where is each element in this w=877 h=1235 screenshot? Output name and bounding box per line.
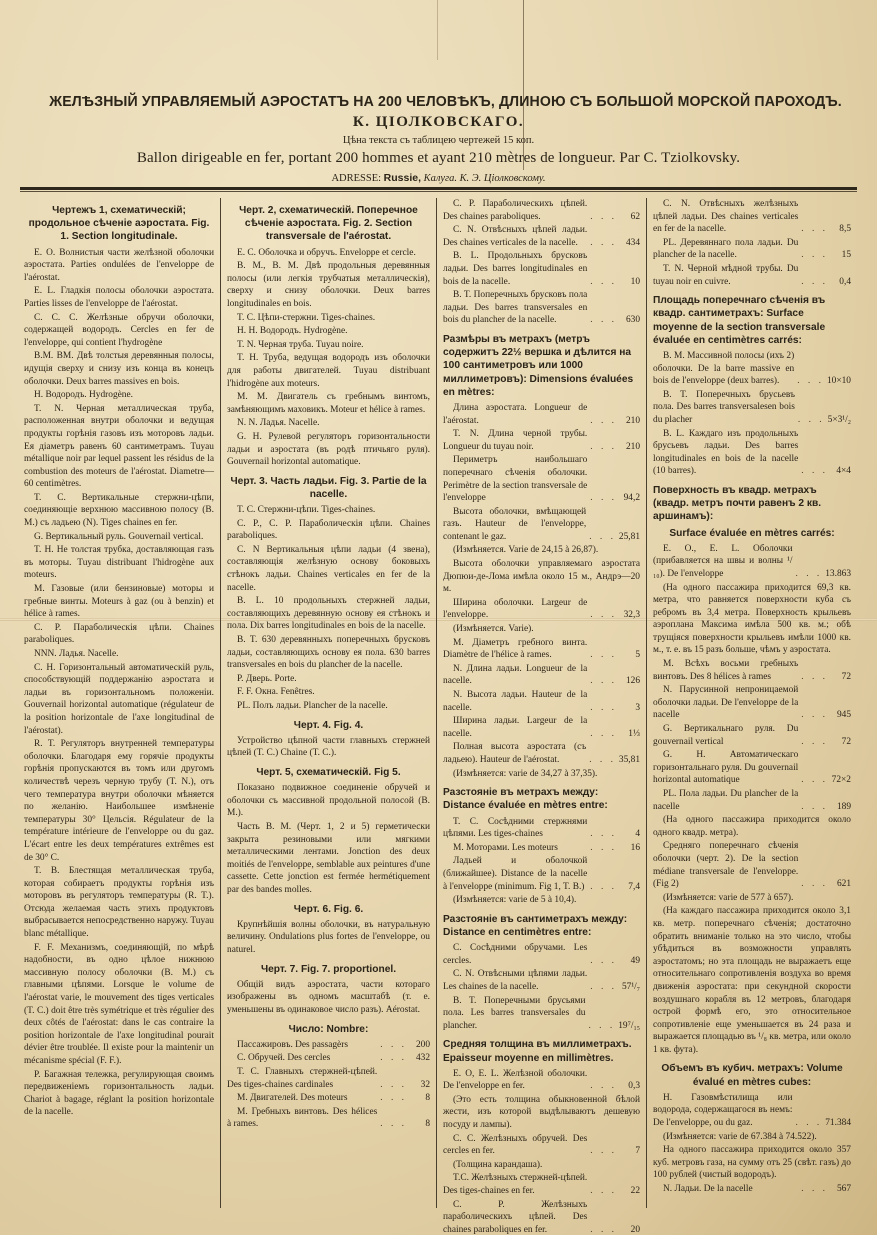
table-note: На одного пассажира приходится около 357… — [653, 1144, 851, 1182]
row-label: M. Діаметръ гребного винта. Diamètre de … — [443, 637, 587, 662]
legend-entry: F. F. Окна. Fenêtres. — [227, 686, 430, 699]
row-value: 945 — [831, 709, 851, 722]
french-title: Ballon dirigeable en fer, portant 200 ho… — [20, 150, 857, 167]
section-heading: Площадь поперечнаго сѣченія въ квадр. са… — [653, 294, 851, 347]
leader-dots: . . . — [586, 531, 619, 544]
legend-entry: Показано подвижное соединеніе обручей и … — [227, 782, 430, 820]
leader-dots: . . . — [587, 675, 620, 688]
leader-dots: . . . — [798, 223, 831, 236]
table-row: Длина аэростата. Longueur de l'aérostat.… — [443, 402, 640, 427]
row-label: C. Обручей. Des cercles — [227, 1052, 377, 1065]
table-row: M. Діаметръ гребного винта. Diamètre de … — [443, 637, 640, 662]
table-note: (Измѣняется: varie de 67.384 à 74.522). — [653, 1131, 851, 1144]
legend-entry: C. P., C. P. Параболическія цѣпи. Chaine… — [227, 518, 430, 543]
row-value: 8,5 — [831, 223, 851, 236]
table-row: T. C. Главныхъ стержней-цѣпей. Des tiges… — [227, 1066, 430, 1091]
table-row: H. Газовмѣстилища или водорода, содержащ… — [653, 1092, 851, 1130]
table-row: M. Моторами. Les moteurs. . .16 — [443, 842, 640, 855]
leader-dots: . . . — [587, 441, 620, 454]
legend-entry: P. Багажная тележка, регулирующая своимъ… — [24, 1069, 214, 1119]
row-value: 200 — [410, 1039, 430, 1052]
table-row: T. N. Длина черной трубы. Longueur du tu… — [443, 428, 640, 453]
address-country: Russie, — [384, 172, 421, 184]
leader-dots: . . . — [587, 1145, 620, 1158]
row-value: 8 — [410, 1092, 430, 1105]
legend-entry: E. L. Гладкія полосы оболочки аэростата.… — [24, 285, 214, 310]
row-value: 5 — [620, 649, 640, 662]
leader-dots: . . . — [587, 276, 620, 289]
legend-entry: B. M., B. M. Двѣ продольныя деревянныя п… — [227, 260, 430, 310]
column-2: Черт. 2, схематическій. Поперечное сѣчен… — [220, 198, 436, 1208]
table-note: (Измѣняется. Varie de 24,15 à 26,87). — [443, 544, 640, 557]
row-value: 71.384 — [825, 1117, 851, 1130]
legend-entry: C. P. Параболическія цѣпи. Chaines parab… — [24, 622, 214, 647]
leader-dots: . . . — [798, 774, 831, 787]
legend-entry: E. O. Волнистыя части желѣзной оболочки … — [24, 247, 214, 285]
section-heading: Поверхность въ квадр. метрахъ (квадр. ме… — [653, 484, 851, 524]
row-label: M. Всѣхъ восьми гребныхъ винтовъ. Des 8 … — [653, 658, 798, 683]
legend-entry: M. Газовые (или бензиновые) моторы и гре… — [24, 583, 214, 621]
table-note: (Измѣняется: varie de 34,27 à 37,35). — [443, 768, 640, 781]
leader-dots: . . . — [377, 1052, 410, 1065]
table-row: C. N. Отвѣсныхъ цѣпей ладьи. Des chaines… — [443, 224, 640, 249]
legend-entry: G. Вертикальный руль. Gouvernail vertica… — [24, 531, 214, 544]
section-heading: Средняя толщина въ миллиметрахъ. Epaisse… — [443, 1038, 640, 1064]
table-note: (Измѣняется: varie de 577 à 657). — [653, 892, 851, 905]
section-heading: Разстояніе въ сантиметрахъ между: Distan… — [443, 913, 640, 939]
row-value: 432 — [410, 1052, 430, 1065]
legend-entry: PL. Полъ ладьи. Plancher de la nacelle. — [227, 700, 430, 713]
row-label: T. N. Длина черной трубы. Longueur du tu… — [443, 428, 587, 453]
row-label: Пассажировъ. Des passagèrs — [227, 1039, 377, 1052]
row-label: B. T. Поперечныхъ брусьевъ пола. Des bar… — [653, 389, 795, 427]
table-row: Ширина ладьи. Largeur de la nacelle.. . … — [443, 715, 640, 740]
legend-entry: T. H. Не толстая трубка, доставляющая га… — [24, 544, 214, 582]
fig3-legend: T. C. Стержни-цѣпи. Tiges-chaines.C. P.,… — [227, 504, 430, 713]
row-label: T. C. Главныхъ стержней-цѣпей. Des tiges… — [227, 1066, 377, 1091]
row-label: M. Гребныхъ винтовъ. Des hélices à rames… — [227, 1106, 377, 1131]
row-label: Ширина ладьи. Largeur de la nacelle. — [443, 715, 587, 740]
leader-dots: . . . — [798, 878, 831, 891]
leader-dots: . . . — [798, 1183, 831, 1196]
leader-dots: . . . — [587, 728, 620, 741]
leader-dots: . . . — [587, 702, 620, 715]
table-row: C. P. Параболическихъ цѣпей. Des chaines… — [443, 198, 640, 223]
row-value: 62 — [620, 211, 640, 224]
row-value: 72×2 — [831, 774, 851, 787]
row-label: B. M. Массивной полосы (ихъ 2) оболочки.… — [653, 350, 794, 388]
leader-dots: . . . — [587, 881, 620, 894]
table-row: T. N. Черной мѣдной трубы. Du tuyau noir… — [653, 263, 851, 288]
row-label: N. Высота ладьи. Hauteur de la nacelle. — [443, 689, 587, 714]
table-row: Полная высота аэростата (съ ладьею). Hau… — [443, 741, 640, 766]
legend-entry: Крупнѣйшія волны оболочки, въ натуральну… — [227, 919, 430, 957]
table-row: PL. Деревяннаго пола ладьи. Du plancher … — [653, 237, 851, 262]
leader-dots: . . . — [377, 1118, 410, 1131]
table-row: N. Парусинной непроницаемой оболочки лад… — [653, 684, 851, 722]
legend-entry: H. Водородъ. Hydrogène. — [24, 389, 214, 402]
leader-dots: . . . — [587, 314, 620, 327]
table-row: C. N. Отвѣсными цѣпями ладьи. Les chaine… — [443, 968, 640, 993]
thickness-table-continued: C. N. Отвѣсныхъ желѣзныхъ цѣпей ладьи. D… — [653, 198, 851, 288]
row-label: G. H. Автоматическаго горизонтальнаго ру… — [653, 749, 798, 787]
leader-dots: . . . — [585, 1020, 618, 1033]
count-table: Пассажировъ. Des passagèrs. . .200C. Обр… — [227, 1039, 430, 1131]
row-label: N. Длина ладьи. Longueur de la nacelle. — [443, 663, 587, 688]
leader-dots: . . . — [377, 1079, 410, 1092]
row-value: 49 — [620, 955, 640, 968]
leader-dots: . . . — [377, 1092, 410, 1105]
row-value: 22 — [620, 1185, 640, 1198]
row-label: C. N. Отвѣсныхъ цѣпей ладьи. Des chaines… — [443, 224, 587, 249]
legend-entry: E. C. Оболочка и обручъ. Enveloppe et ce… — [227, 247, 430, 260]
legend-entry: C. N Вертикальныя цѣпи ладьи (4 звена), … — [227, 544, 430, 594]
legend-entry: R. T. Регуляторъ внутренней температуры … — [24, 738, 214, 864]
row-label: B. L. Каждаго изъ продольныхъ брусьевъ л… — [653, 428, 798, 478]
table-note: (На одного пассажира приходится около од… — [653, 814, 851, 839]
table-note: (На одного пассажира приходится 69,3 кв.… — [653, 582, 851, 658]
leader-dots: . . . — [587, 237, 620, 250]
fig6-legend: Крупнѣйшія волны оболочки, въ натуральну… — [227, 919, 430, 957]
row-value: 7,4 — [620, 881, 640, 894]
leader-dots: . . . — [587, 609, 620, 622]
section-heading: Черт. 3. Часть ладьи. Fig. 3. Partie de … — [227, 475, 430, 501]
area-m-table: E. O., E. L. Оболочки (прибавляется на ш… — [653, 543, 851, 1057]
section-heading: Черт. 7. Fig. 7. proportionel. — [227, 963, 430, 976]
legend-entry: B. T. 630 деревянныхъ поперечныхъ бруско… — [227, 634, 430, 672]
row-label: T.C. Желѣзныхъ стержней-цѣпей. Des tiges… — [443, 1172, 587, 1197]
fig5-legend: Показано подвижное соединеніе обручей и … — [227, 782, 430, 896]
row-label: M. Моторами. Les moteurs — [443, 842, 587, 855]
row-label: B. T. Поперечными брусьями пола. Les bar… — [443, 995, 585, 1033]
leader-dots: . . . — [587, 1185, 620, 1198]
row-value: 1⅓ — [620, 728, 640, 741]
table-row: Высота оболочки, вмѣщающей газъ. Hauteur… — [443, 506, 640, 544]
section-heading: Число: Nombre: — [227, 1023, 430, 1036]
leader-dots: . . . — [587, 1080, 620, 1093]
legend-entry: T. N. Черная металлическая труба, распол… — [24, 403, 214, 491]
row-value: 57¹/₇ — [620, 981, 640, 994]
distance-m-table: T. C. Сосѣдними стержнями цѣпями. Les ti… — [443, 816, 640, 907]
row-value: 5×3¹/₂ — [828, 414, 851, 427]
row-value: 4×4 — [831, 465, 851, 478]
column-4: C. N. Отвѣсныхъ желѣзныхъ цѣпей ладьи. D… — [646, 198, 857, 1208]
row-label: E. O., E. L. Оболочки (прибавляется на ш… — [653, 543, 793, 581]
row-label: M. Двигателей. Des moteurs — [227, 1092, 377, 1105]
row-value: 16 — [620, 842, 640, 855]
table-note: (Это есть толщина обыкновенной бѣлой жес… — [443, 1094, 640, 1132]
leader-dots: . . . — [587, 415, 620, 428]
leader-dots: . . . — [795, 414, 828, 427]
table-row: M. Двигателей. Des moteurs. . .8 — [227, 1092, 430, 1105]
row-value: 210 — [620, 415, 640, 428]
row-value: 19⁷/₁₅ — [618, 1020, 640, 1033]
legend-entry: T. B. Блестящая металлическая труба, кот… — [24, 865, 214, 941]
legend-entry: M. M. Двигатель съ гребнымъ винтомъ, зам… — [227, 391, 430, 416]
legend-entry: NNN. Ладья. Nacelle. — [24, 648, 214, 661]
row-value: 20 — [620, 1224, 640, 1235]
table-row: Средняго поперечнаго сѣченія оболочки (ч… — [653, 840, 851, 890]
row-label: C. P. Желѣзныхъ параболическихъ цѣпей. D… — [443, 1199, 587, 1235]
legend-entry: B.M. BM. Двѣ толстыя деревянныя полосы, … — [24, 350, 214, 388]
table-note: (Измѣняется. Varie). — [443, 623, 640, 636]
section-subheading: Surface évaluée en mètres carrés: — [653, 527, 851, 540]
legend-entry: P. Дверь. Porte. — [227, 673, 430, 686]
table-row: G. H. Автоматическаго горизонтальнаго ру… — [653, 749, 851, 787]
section-heading: Чертежъ 1, схематическій; продольное сѣч… — [24, 204, 214, 244]
table-row: C. Обручей. Des cercles. . .432 — [227, 1052, 430, 1065]
legend-entry: B. L. 10 продольныхъ стержней ладьи, сос… — [227, 595, 430, 633]
count-table-continued: C. P. Параболическихъ цѣпей. Des chaines… — [443, 198, 640, 327]
legend-entry: T. N. Черная труба. Tuyau noire. — [227, 339, 430, 352]
row-label: C. N. Отвѣсными цѣпями ладьи. Les chaine… — [443, 968, 587, 993]
legend-entry: T. C. Цѣпи-стержни. Tiges-chaines. — [227, 312, 430, 325]
dimensions-table: Длина аэростата. Longueur de l'aérostat.… — [443, 402, 640, 780]
row-label: C. P. Параболическихъ цѣпей. Des chaines… — [443, 198, 587, 223]
section-heading: Черт. 5, схематическій. Fig 5. — [227, 766, 430, 779]
fig4-legend: Устройство цѣпной части главныхъ стержне… — [227, 735, 430, 760]
row-label: H. Газовмѣстилища или водорода, содержащ… — [653, 1092, 793, 1130]
leader-dots: . . . — [587, 828, 620, 841]
leader-dots: . . . — [587, 211, 620, 224]
row-value: 32,3 — [620, 609, 640, 622]
table-row: C. Сосѣдними обручами. Les cercles.. . .… — [443, 942, 640, 967]
table-row: B. L. Продольныхъ брусковъ ладьи. Des ba… — [443, 250, 640, 288]
leader-dots: . . . — [793, 568, 826, 581]
legend-entry: N. N. Ладья. Nacelle. — [227, 417, 430, 430]
row-value: 72 — [831, 671, 851, 684]
legend-entry: H. H. Водородъ. Hydrogène. — [227, 325, 430, 338]
row-label: Высота оболочки, вмѣщающей газъ. Hauteur… — [443, 506, 586, 544]
header-rule — [20, 187, 857, 190]
table-row: C. N. Отвѣсныхъ желѣзныхъ цѣпей ладьи. D… — [653, 198, 851, 236]
table-row: M. Всѣхъ восьми гребныхъ винтовъ. Des 8 … — [653, 658, 851, 683]
legend-entry: C. C. C. Желѣзные обручи оболочки, содер… — [24, 312, 214, 350]
row-value: 35,81 — [619, 754, 640, 767]
leader-dots: . . . — [798, 801, 831, 814]
row-label: B. L. Продольныхъ брусковъ ладьи. Des ba… — [443, 250, 587, 288]
row-value: 189 — [831, 801, 851, 814]
leader-dots: . . . — [798, 276, 831, 289]
table-row: N. Ладьи. De la nacelle. . .567 — [653, 1183, 851, 1196]
table-row: G. Вертикальнаго руля. Du gouvernail ver… — [653, 723, 851, 748]
table-row: T.C. Желѣзныхъ стержней-цѣпей. Des tiges… — [443, 1172, 640, 1197]
legend-entry: T. C. Вертикальные стержни-цѣпи, соединя… — [24, 492, 214, 530]
table-row: B. T. Поперечныхъ брусьевъ пола. Des bar… — [653, 389, 851, 427]
row-label: B. T. Поперечныхъ брусковъ пола ладьи. D… — [443, 289, 587, 327]
row-label: C. N. Отвѣсныхъ желѣзныхъ цѣпей ладьи. D… — [653, 198, 798, 236]
row-label: Средняго поперечнаго сѣченія оболочки (ч… — [653, 840, 798, 890]
row-value: 8 — [410, 1118, 430, 1131]
row-label: E. O, E. L. Желѣзной оболочки. De l'enve… — [443, 1068, 587, 1093]
table-row: C. P. Желѣзныхъ параболическихъ цѣпей. D… — [443, 1199, 640, 1235]
row-label: C. C. Желѣзныхъ обручей. Des cercles en … — [443, 1133, 587, 1158]
table-row: PL. Пола ладьи. Du plancher de la nacell… — [653, 788, 851, 813]
author-name: К. ЦІОЛКОВСКАГО. — [20, 114, 857, 131]
table-row: T. C. Сосѣдними стержнями цѣпями. Les ti… — [443, 816, 640, 841]
row-label: T. N. Черной мѣдной трубы. Du tuyau noir… — [653, 263, 798, 288]
section-heading: Объемъ въ кубич. метрахъ: Volume évalué … — [653, 1062, 851, 1088]
row-value: 630 — [620, 314, 640, 327]
header-rule-thin — [20, 191, 857, 192]
leader-dots: . . . — [798, 671, 831, 684]
legend-entry: T. H. Труба, ведущая водородъ изъ оболоч… — [227, 352, 430, 390]
row-value: 7 — [620, 1145, 640, 1158]
leader-dots: . . . — [586, 754, 619, 767]
table-note: (Измѣняется: varie de 5 à 10,4). — [443, 894, 640, 907]
legend-entry: F. F. Механизмъ, соединяющій, по мѣрѣ на… — [24, 942, 214, 1068]
fig7-legend: Общій видъ аэростата, части котораго изо… — [227, 979, 430, 1017]
table-row: E. O, E. L. Желѣзной оболочки. De l'enve… — [443, 1068, 640, 1093]
row-value: 72 — [831, 736, 851, 749]
legend-entry: T. C. Стержни-цѣпи. Tiges-chaines. — [227, 504, 430, 517]
fig2-legend: E. C. Оболочка и обручъ. Enveloppe et ce… — [227, 247, 430, 469]
leader-dots: . . . — [377, 1039, 410, 1052]
row-label: Периметръ наибольшаго поперечнаго сѣчені… — [443, 454, 587, 504]
row-value: 94,2 — [620, 492, 640, 505]
row-value: 0,3 — [620, 1080, 640, 1093]
table-row: Пассажировъ. Des passagèrs. . .200 — [227, 1039, 430, 1052]
row-label: Ширина оболочки. Largeur de l'enveloppe. — [443, 597, 587, 622]
leader-dots: . . . — [587, 492, 620, 505]
section-heading: Черт. 4. Fig. 4. — [227, 719, 430, 732]
area-cm-table: B. M. Массивной полосы (ихъ 2) оболочки.… — [653, 350, 851, 478]
row-value: 25,81 — [619, 531, 640, 544]
table-row: Ширина оболочки. Largeur de l'enveloppe.… — [443, 597, 640, 622]
legend-entry: Общій видъ аэростата, части котораго изо… — [227, 979, 430, 1017]
paper-fold-crease — [437, 0, 438, 60]
table-row: E. O., E. L. Оболочки (прибавляется на ш… — [653, 543, 851, 581]
leader-dots: . . . — [587, 1224, 620, 1235]
table-row: M. Гребныхъ винтовъ. Des hélices à rames… — [227, 1106, 430, 1131]
distance-cm-table: C. Сосѣдними обручами. Les cercles.. . .… — [443, 942, 640, 1032]
table-row: N. Высота ладьи. Hauteur de la nacelle..… — [443, 689, 640, 714]
row-value: 15 — [831, 249, 851, 262]
leader-dots: . . . — [793, 1117, 826, 1130]
thickness-table: E. O, E. L. Желѣзной оболочки. De l'enve… — [443, 1068, 640, 1235]
page-header: ЖЕЛѢЗНЫЙ УПРАВЛЯЕМЫЙ АЭРОСТАТЪ НА 200 ЧЕ… — [20, 93, 857, 184]
table-row: C. C. Желѣзныхъ обручей. Des cercles en … — [443, 1133, 640, 1158]
address-label: ADRESSE: — [331, 173, 381, 184]
row-label: PL. Пола ладьи. Du plancher de la nacell… — [653, 788, 798, 813]
row-value: 621 — [831, 878, 851, 891]
table-row: Периметръ наибольшаго поперечнаго сѣчені… — [443, 454, 640, 504]
row-label: PL. Деревяннаго пола ладьи. Du plancher … — [653, 237, 798, 262]
section-heading: Черт. 6. Fig. 6. — [227, 903, 430, 916]
row-value: 32 — [410, 1079, 430, 1092]
leader-dots: . . . — [798, 736, 831, 749]
legend-entry: Часть B. M. (Черт. 1, 2 и 5) герметическ… — [227, 821, 430, 897]
leader-dots: . . . — [587, 981, 620, 994]
row-value: 567 — [831, 1183, 851, 1196]
row-label: G. Вертикальнаго руля. Du gouvernail ver… — [653, 723, 798, 748]
table-row: N. Длина ладьи. Longueur de la nacelle..… — [443, 663, 640, 688]
legend-entry: C. H. Горизонтальный автоматическій руль… — [24, 662, 214, 738]
row-label: Полная высота аэростата (съ ладьею). Hau… — [443, 741, 586, 766]
row-value: 4 — [620, 828, 640, 841]
row-value: 10×10 — [827, 375, 851, 388]
fig1-legend: E. O. Волнистыя части желѣзной оболочки … — [24, 247, 214, 1119]
row-label: Ладьей и оболочкой (ближайшее). Distance… — [443, 855, 587, 893]
address-line: ADRESSE: Russie, Калуга. К. Э. Ціолковск… — [20, 172, 857, 184]
table-note: Высота оболочки управляемаго аэростата Д… — [443, 558, 640, 596]
price-line: Цѣна текста съ таблицею чертежей 15 коп. — [20, 135, 857, 146]
leader-dots: . . . — [798, 465, 831, 478]
table-row: B. T. Поперечныхъ брусковъ пола ладьи. D… — [443, 289, 640, 327]
leader-dots: . . . — [587, 649, 620, 662]
row-label: T. C. Сосѣдними стержнями цѣпями. Les ti… — [443, 816, 587, 841]
leader-dots: . . . — [798, 249, 831, 262]
leader-dots: . . . — [587, 842, 620, 855]
legend-entry: G. H. Рулевой регуляторъ горизонтальност… — [227, 431, 430, 469]
column-1: Чертежъ 1, схематическій; продольное сѣч… — [24, 198, 220, 1208]
table-row: Ладьей и оболочкой (ближайшее). Distance… — [443, 855, 640, 893]
leader-dots: . . . — [587, 955, 620, 968]
section-heading: Размѣры въ метрахъ (метръ содержитъ 22½ … — [443, 333, 640, 399]
row-label: N. Ладьи. De la nacelle — [653, 1183, 798, 1196]
row-label: Длина аэростата. Longueur de l'aérostat. — [443, 402, 587, 427]
table-note: (На каждаго пассажира приходится около 3… — [653, 905, 851, 1056]
page-title: ЖЕЛѢЗНЫЙ УПРАВЛЯЕМЫЙ АЭРОСТАТЪ НА 200 ЧЕ… — [49, 93, 827, 110]
table-row: B. T. Поперечными брусьями пола. Les bar… — [443, 995, 640, 1033]
row-value: 0,4 — [831, 276, 851, 289]
volume-table: H. Газовмѣстилища или водорода, содержащ… — [653, 1092, 851, 1196]
table-row: B. L. Каждаго изъ продольныхъ брусьевъ л… — [653, 428, 851, 478]
row-label: N. Парусинной непроницаемой оболочки лад… — [653, 684, 798, 722]
row-value: 13.863 — [825, 568, 851, 581]
row-value: 210 — [620, 441, 640, 454]
row-value: 3 — [620, 702, 640, 715]
row-label: C. Сосѣдними обручами. Les cercles. — [443, 942, 587, 967]
row-value: 126 — [620, 675, 640, 688]
leader-dots: . . . — [798, 709, 831, 722]
section-heading: Черт. 2, схематическій. Поперечное сѣчен… — [227, 204, 430, 244]
legend-entry: Устройство цѣпной части главныхъ стержне… — [227, 735, 430, 760]
column-3: C. P. Параболическихъ цѣпей. Des chaines… — [436, 198, 646, 1208]
row-value: 434 — [620, 237, 640, 250]
table-note: (Толщина карандаша). — [443, 1159, 640, 1172]
row-value: 10 — [620, 276, 640, 289]
leader-dots: . . . — [794, 375, 827, 388]
address-value: Калуга. К. Э. Ціолковскому. — [424, 173, 546, 184]
section-heading: Разстояніе въ метрахъ между: Distance év… — [443, 786, 640, 812]
text-columns: Чертежъ 1, схематическій; продольное сѣч… — [24, 198, 857, 1208]
table-row: B. M. Массивной полосы (ихъ 2) оболочки.… — [653, 350, 851, 388]
